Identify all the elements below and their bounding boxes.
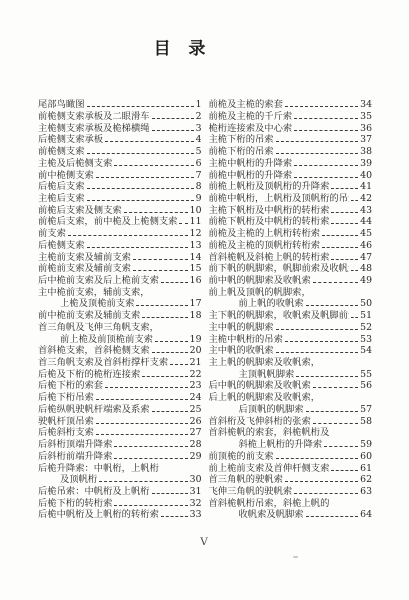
- toc-entry-page: 29: [190, 451, 202, 463]
- toc-entry-page: 35: [360, 111, 372, 123]
- dotted-leader: [96, 177, 194, 178]
- toc-entry: 前中帆的帆脚索及收帆索49: [209, 275, 373, 287]
- toc-entry-title: 前桅及主桅的索套: [209, 99, 283, 111]
- toc-entry: 后桅后支索8: [38, 181, 202, 193]
- toc-entry: 后桅纵帆驶帆杆端索及系索25: [38, 404, 202, 416]
- toc-entry-page: 41: [360, 181, 372, 193]
- dotted-leader: [276, 458, 359, 459]
- toc-entry: 前桅及主桅的索套34: [209, 99, 373, 111]
- dotted-leader: [313, 423, 358, 424]
- toc-entry-title: 收帆索及帆脚索: [209, 509, 304, 521]
- dotted-leader: [87, 200, 194, 201]
- toc-entry-page: 64: [360, 509, 372, 521]
- toc-entry-title: 主桅及后桅侧支索: [38, 158, 112, 170]
- toc-entry-page: 12: [190, 228, 202, 240]
- toc-entry-title: 前上桅及前顶桅前支索: [38, 334, 153, 346]
- dotted-leader: [155, 341, 188, 342]
- dotted-leader: [179, 223, 187, 224]
- toc-entry: 主下帆的帆脚索，收帆索及帆脚前索51: [209, 310, 373, 322]
- toc-entry: 前桅侧支索承板及二眼滑车2: [38, 111, 202, 123]
- toc-entry-title: 前顶桅的前支索: [209, 451, 274, 463]
- toc-entry: 前桅后支索，前中桅及上桅侧支索11: [38, 216, 202, 228]
- dotted-leader: [96, 399, 188, 400]
- toc-entry: 前桅上帆桁及顶帆桁的升降索41: [209, 181, 373, 193]
- toc-entry-title: 前桅后支索，前中桅及上桅侧支索: [38, 216, 177, 228]
- toc-entry: 前上帆的收帆索50: [209, 298, 373, 310]
- toc-entry-page: 26: [190, 416, 202, 428]
- page-number: V: [0, 536, 409, 548]
- toc-entry: 前中桅侧支索7: [38, 169, 202, 181]
- toc-entry-title: 前桅上帆桁及顶帆桁的升降索: [209, 181, 330, 193]
- toc-entry-title: 前桅下桁的吊索: [209, 146, 274, 158]
- toc-entry-page: 2: [196, 111, 202, 123]
- dotted-leader: [152, 118, 194, 119]
- toc-entry-title: 飞伸三角帆的驶帆索: [209, 486, 293, 498]
- toc-entry-title: 后桅纵帆驶帆杆端索及系索: [38, 404, 150, 416]
- toc-entry: 主桅中帆桁的吊索53: [209, 333, 373, 345]
- dotted-leader: [351, 270, 359, 271]
- toc-entry-title: 主下帆的帆脚索，收帆索及帆脚前索: [209, 310, 349, 322]
- toc-entry-title: 后上帆的帆脚索及收帆索，: [209, 392, 321, 404]
- scanned-toc-page: 目 录 尾部鸟瞰图1前桅侧支索承板及二眼滑车2主桅侧支索承板及桅梯横绳3后桅侧支…: [0, 0, 409, 600]
- toc-entry-page: 42: [360, 193, 372, 205]
- toc-entry: 主桅后支索9: [38, 193, 202, 205]
- toc-entry-title: 主中帆的收帆索: [209, 345, 274, 357]
- toc-entry-title: 上桅及顶桅前支索: [38, 298, 134, 310]
- toc-entry-page: 47: [360, 252, 372, 264]
- dotted-leader: [331, 188, 358, 189]
- dotted-leader: [152, 352, 188, 353]
- toc-entry-title: 前桅下帆桁及中帆桁的转桁索: [209, 216, 330, 228]
- toc-entry-page: 16: [190, 275, 202, 287]
- toc-entry-title: 主桅中帆桁的升降索: [209, 158, 293, 170]
- dotted-leader: [322, 247, 358, 248]
- toc-entry-title: 前桅侧支索承板及二眼滑车: [38, 111, 150, 123]
- dotted-leader: [114, 446, 187, 447]
- toc-entry-title: 前桅及主桅的千斤索: [209, 111, 293, 123]
- toc-entry-page: 62: [360, 474, 372, 486]
- toc-entry-page: 27: [190, 427, 202, 439]
- toc-entry-page: 13: [190, 240, 202, 252]
- toc-entry: 收帆索及帆脚索64: [209, 509, 373, 521]
- toc-entry: 上桅及顶桅前支索17: [38, 298, 202, 310]
- toc-entry-title: 主桅中帆桁的吊索: [209, 334, 283, 346]
- dotted-leader: [276, 352, 359, 353]
- toc-entry-page: 36: [360, 123, 372, 135]
- toc-entry-title: 首三角帆的驶帆索: [209, 474, 283, 486]
- toc-entry-page: 49: [360, 275, 372, 287]
- toc-column-right: 前桅及主桅的索套34前桅及主桅的千斤索35桅桁连接索及中心索36主桅下桁的吊索3…: [209, 99, 373, 521]
- toc-entry-page: 28: [190, 439, 202, 451]
- dotted-leader: [276, 141, 359, 142]
- toc-entry: 主中桅前支索，辅前支索，: [38, 287, 202, 299]
- toc-entry: 首斜桅帆及斜桅上帆的转桁索47: [209, 251, 373, 263]
- dotted-leader: [133, 259, 188, 260]
- dotted-leader: [285, 481, 358, 482]
- toc-entry-title: 前中桅前支索及辅前支索: [38, 310, 140, 322]
- toc-entry-title: 桅桁连接索及中心索: [209, 123, 293, 135]
- toc-entry-title: 后桅下桁的转桁索: [38, 498, 112, 510]
- toc-entry: 主桅前支索及辅前支索14: [38, 251, 202, 263]
- toc-entry-title: 后顶帆的帆脚索: [209, 404, 304, 416]
- dotted-leader: [331, 212, 358, 213]
- toc-entry: 后中桅前支索及后上桅前支索16: [38, 275, 202, 287]
- toc-entry-title: 后桅中帆桁及上帆桁的转桁索: [38, 509, 159, 521]
- toc-entry: 首三角帆支索及首斜桁撑杆支索21: [38, 357, 202, 369]
- toc-entry: 首斜桅帆桁吊索，斜桅上帆的: [209, 497, 373, 509]
- toc-entry-title: 首三角帆支索及首斜桁撑杆支索: [38, 357, 168, 369]
- toc-entry: 后中帆的帆脚索及收帆索56: [209, 380, 373, 392]
- dotted-leader: [306, 411, 359, 412]
- toc-entry-page: 57: [360, 404, 372, 416]
- toc-entry: 主桅侧支索承板及桅梯横绳3: [38, 122, 202, 134]
- toc-entry-page: 51: [360, 310, 372, 322]
- toc-entry: 后桅侧支索承板4: [38, 134, 202, 146]
- toc-entry-page: 59: [360, 439, 372, 451]
- toc-entry-title: 主中帆的帆脚索: [209, 322, 274, 334]
- toc-entry-title: 前桅中帆桁的升降索: [209, 170, 293, 182]
- toc-entry: 前中桅前支索及辅前支索18: [38, 310, 202, 322]
- toc-entry: 及顶帆桁30: [38, 474, 202, 486]
- dotted-leader: [87, 247, 188, 248]
- toc-entry-page: 54: [360, 345, 372, 357]
- toc-entry: 后桅下桁吊索24: [38, 392, 202, 404]
- page-title: 目 录: [0, 34, 361, 59]
- toc-entry-title: 主桅下桁的吊索: [209, 134, 274, 146]
- dotted-leader: [96, 434, 188, 435]
- dotted-leader: [276, 329, 359, 330]
- toc-entry-page: 11: [190, 216, 202, 228]
- toc-entry-page: 58: [360, 416, 372, 428]
- toc-entry-page: 14: [190, 252, 202, 264]
- toc-entry-page: 53: [360, 334, 372, 346]
- toc-entry: 主桅及后桅侧支索6: [38, 158, 202, 170]
- toc-entry: 主顶帆帆脚索55: [209, 369, 373, 381]
- toc-entry: 首斜桅帆的索套，斜桅帆桁及: [209, 427, 373, 439]
- toc-entry-title: 主桅后支索: [38, 193, 85, 205]
- dotted-leader: [313, 387, 358, 388]
- toc-entry-page: 43: [360, 205, 372, 217]
- dotted-leader: [87, 106, 194, 107]
- dotted-leader: [87, 188, 194, 189]
- toc-entry-title: 首斜桁及飞伸斜桁的张索: [209, 416, 311, 428]
- toc-entry-page: 50: [360, 298, 372, 310]
- toc-entry-page: 3: [196, 123, 202, 135]
- toc-entry-page: 8: [196, 181, 202, 193]
- toc-entry-page: 60: [360, 451, 372, 463]
- toc-entry-title: 前下帆的帆脚索，帆脚前索及收帆索: [209, 263, 349, 275]
- toc-entry-page: 17: [190, 298, 202, 310]
- toc-entry-page: 31: [190, 486, 202, 498]
- dotted-leader: [114, 505, 187, 506]
- toc-entry: 主中帆的帆脚索52: [209, 322, 373, 334]
- toc-entry: 前桅中帆桁，上帆桁及顶帆桁的吊索42: [209, 193, 373, 205]
- toc-entry-title: 主桅侧支索承板及桅梯横绳: [38, 123, 150, 135]
- toc-entry: 后桅升降索：中帆桁，上帆桁: [38, 462, 202, 474]
- dotted-leader: [351, 317, 359, 318]
- toc-entry-page: 18: [190, 310, 202, 322]
- toc-entry-title: 后桅侧支索承板: [38, 134, 103, 146]
- toc-entry: 后上帆的帆脚索及收帆索，: [209, 392, 373, 404]
- dotted-leader: [170, 364, 187, 365]
- toc-columns: 尾部鸟瞰图1前桅侧支索承板及二眼滑车2主桅侧支索承板及桅梯横绳3后桅侧支索承板4…: [38, 99, 372, 521]
- toc-entry-page: 55: [360, 369, 372, 381]
- toc-entry-page: 61: [360, 463, 372, 475]
- dotted-leader: [105, 141, 193, 142]
- toc-entry: 后桅下桁的索套23: [38, 380, 202, 392]
- toc-entry-title: 后桅侧支索: [38, 240, 85, 252]
- toc-entry: 主桅中帆桁的升降索39: [209, 158, 373, 170]
- toc-entry: 前桅侧支索5: [38, 146, 202, 158]
- toc-entry-page: 45: [360, 228, 372, 240]
- dotted-leader: [152, 493, 188, 494]
- dotted-leader: [124, 212, 188, 213]
- toc-entry-title: 前支索: [38, 228, 66, 240]
- toc-entry: 后斜桁顶端升降索28: [38, 439, 202, 451]
- toc-entry-title: 前上帆及顶帆的帆脚索，: [209, 287, 311, 299]
- toc-entry-page: 21: [190, 357, 202, 369]
- dotted-leader: [68, 235, 188, 236]
- toc-entry: 首三角帆及飞伸三角帆支索，: [38, 322, 202, 334]
- toc-entry-title: 后中帆的帆脚索及收帆索: [209, 380, 311, 392]
- toc-entry-page: 20: [190, 345, 202, 357]
- toc-entry: 首斜桁及飞伸斜桁的张索58: [209, 415, 373, 427]
- toc-entry: 主桅下帆桁及中帆桁的转桁索43: [209, 204, 373, 216]
- toc-entry-page: 24: [190, 392, 202, 404]
- dotted-leader: [351, 200, 359, 201]
- toc-entry-title: 前上帆的收帆索: [209, 298, 304, 310]
- toc-entry-title: 前桅侧支索: [38, 146, 85, 158]
- toc-entry-title: 前桅前支索及辅前支索: [38, 263, 131, 275]
- toc-entry-title: 后桅后支索: [38, 181, 85, 193]
- toc-entry-title: 后桅升降索：中帆桁，上帆桁: [38, 463, 159, 475]
- dotted-leader: [322, 235, 358, 236]
- toc-entry: 后斜桁前端升降索29: [38, 451, 202, 463]
- dotted-leader: [161, 282, 188, 283]
- dotted-leader: [331, 470, 358, 471]
- dotted-leader: [294, 118, 358, 119]
- toc-entry-page: 37: [360, 134, 372, 146]
- toc-entry-title: 前中桅侧支索: [38, 170, 94, 182]
- toc-entry-title: 前桅及主桅的顶帆桁转桁索: [209, 240, 321, 252]
- toc-entry-title: 后桅下桁吊索: [38, 392, 94, 404]
- toc-entry-page: 4: [196, 134, 202, 146]
- toc-entry-page: 15: [190, 263, 202, 275]
- toc-entry: 后顶帆的帆脚索57: [209, 404, 373, 416]
- dotted-leader: [152, 411, 188, 412]
- toc-entry: 前上帆及顶帆的帆脚索，: [209, 287, 373, 299]
- toc-entry-title: 主中桅前支索，辅前支索，: [38, 287, 150, 299]
- toc-entry-page: 25: [190, 404, 202, 416]
- toc-column-left: 尾部鸟瞰图1前桅侧支索承板及二眼滑车2主桅侧支索承板及桅梯横绳3后桅侧支索承板4…: [38, 99, 202, 521]
- toc-entry: 前桅中帆桁的升降索40: [209, 169, 373, 181]
- toc-entry: 前桅及主桅的上帆桁转桁索45: [209, 228, 373, 240]
- dotted-leader: [324, 446, 358, 447]
- toc-entry: 首斜桅支索，首斜桅侧支索20: [38, 345, 202, 357]
- toc-entry-title: 后斜桁前端升降索: [38, 451, 112, 463]
- toc-entry: 飞伸三角帆的驶帆索63: [209, 486, 373, 498]
- toc-entry-title: 斜桅上帆桁的升降索: [209, 439, 323, 451]
- toc-entry: 后桅吊索：中帆桁及上帆桁31: [38, 486, 202, 498]
- dotted-leader: [114, 458, 187, 459]
- toc-entry: 前桅及主桅的千斤索35: [209, 111, 373, 123]
- toc-entry-title: 后中桅前支索及后上桅前支索: [38, 275, 159, 287]
- toc-entry-title: 首斜桅支索，首斜桅侧支索: [38, 345, 150, 357]
- toc-entry: 前支索12: [38, 228, 202, 240]
- toc-entry-page: 6: [196, 158, 202, 170]
- toc-entry-title: 主桅前支索及辅前支索: [38, 252, 131, 264]
- toc-entry-page: 38: [360, 146, 372, 158]
- dotted-leader: [313, 282, 358, 283]
- dotted-leader: [87, 153, 194, 154]
- toc-entry: 桅桁连接索及中心索36: [209, 122, 373, 134]
- toc-entry-page: 23: [190, 380, 202, 392]
- dotted-leader: [161, 516, 188, 517]
- dotted-leader: [294, 177, 358, 178]
- toc-entry: 前顶桅的前支索60: [209, 451, 373, 463]
- toc-entry-page: 48: [360, 263, 372, 275]
- dotted-leader: [276, 153, 359, 154]
- dotted-leader: [294, 165, 358, 166]
- toc-entry: 前桅下桁的吊索38: [209, 146, 373, 158]
- toc-entry: 后桅下桁的转桁索32: [38, 497, 202, 509]
- toc-entry-title: 前桅及主桅的上帆桁转桁索: [209, 228, 321, 240]
- toc-entry-page: 63: [360, 486, 372, 498]
- toc-entry: 前下帆的帆脚索，帆脚前索及收帆索48: [209, 263, 373, 275]
- toc-entry-page: 7: [196, 170, 202, 182]
- toc-entry-title: 前中帆的帆脚索及收帆索: [209, 275, 311, 287]
- toc-entry-page: 19: [190, 334, 202, 346]
- dotted-leader: [294, 493, 358, 494]
- dotted-leader: [99, 481, 187, 482]
- toc-entry: 主桅下桁的吊索37: [209, 134, 373, 146]
- toc-entry-page: 56: [360, 380, 372, 392]
- dotted-leader: [96, 423, 188, 424]
- toc-entry-page: 1: [196, 99, 202, 111]
- toc-entry-title: 前上桅前支索及首伸杆侧支索: [209, 463, 330, 475]
- toc-entry: 前桅及主桅的顶帆桁转桁索46: [209, 240, 373, 252]
- toc-entry: 前上桅及前顶桅前支索19: [38, 333, 202, 345]
- dotted-leader: [331, 223, 358, 224]
- dotted-leader: [306, 516, 359, 517]
- toc-entry: 主上帆的帆脚索及收帆索，: [209, 357, 373, 369]
- toc-entry: 前上桅前支索及首伸杆侧支索61: [209, 462, 373, 474]
- dotted-leader: [285, 106, 358, 107]
- toc-entry: 首三角帆的驶帆索62: [209, 474, 373, 486]
- toc-entry-page: 44: [360, 216, 372, 228]
- toc-entry-title: 尾部鸟瞰图: [38, 99, 85, 111]
- toc-entry: 后桅及下桁的桅桁连接索22: [38, 369, 202, 381]
- toc-entry-title: 首三角帆及飞伸三角帆支索，: [38, 322, 159, 334]
- toc-entry-title: 前桅后支索及侧支索: [38, 205, 122, 217]
- toc-entry-page: 46: [360, 240, 372, 252]
- toc-entry-page: 34: [360, 99, 372, 111]
- toc-entry-title: 主顶帆帆脚索: [209, 369, 295, 381]
- toc-entry-page: 52: [360, 322, 372, 334]
- dotted-leader: [152, 130, 194, 131]
- toc-entry-page: 9: [196, 193, 202, 205]
- toc-entry-page: 10: [190, 205, 202, 217]
- toc-entry-title: 首斜桅帆桁吊索，斜桅上帆的: [209, 498, 330, 510]
- toc-entry-page: 32: [190, 498, 202, 510]
- toc-entry-page: 39: [360, 158, 372, 170]
- dotted-leader: [296, 376, 358, 377]
- toc-entry-title: 主桅下帆桁及中帆桁的转桁索: [209, 205, 330, 217]
- toc-entry-title: 驶帆杆顶吊索: [38, 416, 94, 428]
- toc-entry: 驶帆杆顶吊索26: [38, 415, 202, 427]
- dotted-leader: [294, 130, 358, 131]
- toc-entry-title: 后桅下桁的索套: [38, 380, 103, 392]
- toc-entry-title: 后桅斜桁支索: [38, 427, 94, 439]
- dotted-leader: [105, 387, 188, 388]
- toc-entry-page: 22: [190, 369, 202, 381]
- toc-entry: 前桅前支索及辅前支索15: [38, 263, 202, 275]
- dotted-leader: [114, 165, 193, 166]
- toc-entry-title: 后桅及下桁的桅桁连接索: [38, 369, 140, 381]
- toc-entry: 前桅下帆桁及中帆桁的转桁索44: [209, 216, 373, 228]
- scan-speck: [293, 556, 298, 558]
- toc-entry: 后桅中帆桁及上帆桁的转桁索33: [38, 509, 202, 521]
- toc-entry: 前桅后支索及侧支索10: [38, 204, 202, 216]
- toc-entry: 斜桅上帆桁的升降索59: [209, 439, 373, 451]
- toc-entry-title: 及顶帆桁: [38, 474, 97, 486]
- toc-entry-title: 前桅中帆桁，上帆桁及顶帆桁的吊索: [209, 193, 349, 205]
- dotted-leader: [136, 305, 187, 306]
- dotted-leader: [133, 270, 188, 271]
- toc-entry-title: 后桅吊索：中帆桁及上帆桁: [38, 486, 150, 498]
- toc-entry-page: 5: [196, 146, 202, 158]
- dotted-leader: [285, 341, 358, 342]
- toc-entry-title: 首斜桅帆的索套，斜桅帆桁及: [209, 427, 330, 439]
- toc-entry: 后桅侧支索13: [38, 240, 202, 252]
- toc-entry: 主中帆的收帆索54: [209, 345, 373, 357]
- dotted-leader: [306, 305, 359, 306]
- toc-entry-title: 后斜桁顶端升降索: [38, 439, 112, 451]
- toc-entry: 后桅斜桁支索27: [38, 427, 202, 439]
- toc-entry-title: 首斜桅帆及斜桅上帆的转桁索: [209, 252, 330, 264]
- dotted-leader: [142, 376, 187, 377]
- toc-entry: 尾部鸟瞰图1: [38, 99, 202, 111]
- toc-entry-page: 30: [190, 474, 202, 486]
- dotted-leader: [331, 259, 358, 260]
- toc-entry-title: 主上帆的帆脚索及收帆索，: [209, 357, 321, 369]
- toc-entry-page: 40: [360, 170, 372, 182]
- dotted-leader: [142, 317, 187, 318]
- toc-entry-page: 33: [190, 509, 202, 521]
